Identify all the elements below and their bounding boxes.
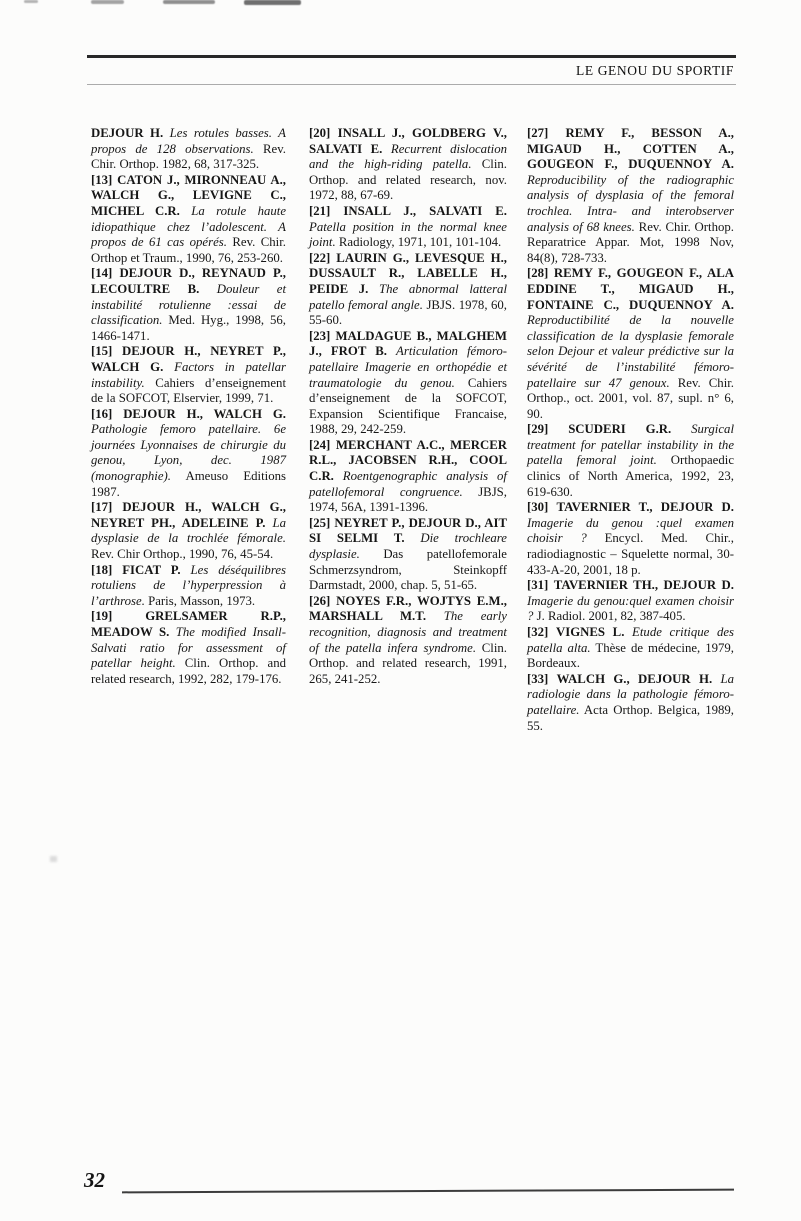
reference-item: [21] INSALL J., SALVATI E. Patella posit… [309,204,507,251]
reference-authors: INSALL J., SALVATI E. [343,204,507,218]
reference-item: [31] TAVERNIER TH., DEJOUR D. Imagerie d… [527,578,734,625]
reference-authors: WALCH G., DEJOUR H. [557,672,712,686]
reference-item: [18] FICAT P. Les déséquilibres rotulien… [91,563,286,610]
reference-item: [23] MALDAGUE B., MALGHEM J., FROT B. Ar… [309,329,507,438]
reference-source: J. Radiol. 2001, 82, 387-405. [537,609,686,623]
reference-number: [28] [527,266,548,280]
reference-item: [26] NOYES F.R., WOJTYS E.M., MARSHALL M… [309,594,507,688]
footer-rule [122,1189,734,1194]
reference-item: [22] LAURIN G., LEVESQUE H., DUSSAULT R.… [309,251,507,329]
page-number: 32 [84,1168,105,1193]
reference-source: Paris, Masson, 1973. [148,594,255,608]
reference-number: [23] [309,329,330,343]
reference-number: [30] [527,500,548,514]
reference-number: [13] [91,173,112,187]
scanned-document-page: LE GENOU DU SPORTIF DEJOUR H. Les rotule… [0,0,801,1221]
reference-authors: DEJOUR H. [91,126,163,140]
scan-artifact [244,0,301,5]
page-header: LE GENOU DU SPORTIF [87,55,736,85]
reference-number: [18] [91,563,112,577]
reference-number: [22] [309,251,330,265]
reference-item: [29] SCUDERI G.R. Surgical treatment for… [527,422,734,500]
reference-item: [14] DEJOUR D., REYNAUD P., LECOULTRE B.… [91,266,286,344]
reference-item: [24] MERCHANT A.C., MERCER R.L., JACOBSE… [309,438,507,516]
reference-number: [20] [309,126,330,140]
reference-item: DEJOUR H. Les rotules basses. A propos d… [91,126,286,173]
reference-authors: REMY F., GOUGEON F., ALA EDDINE T., MIGA… [527,266,734,311]
reference-item: [33] WALCH G., DEJOUR H. La radiologie d… [527,672,734,734]
scan-artifact [24,0,38,3]
reference-number: [19] [91,609,112,623]
reference-number: [27] [527,126,548,140]
reference-number: [29] [527,422,548,436]
reference-number: [25] [309,516,330,530]
reference-number: [33] [527,672,548,686]
scan-artifact [91,0,124,4]
reference-number: [26] [309,594,330,608]
reference-authors: TAVERNIER TH., DEJOUR D. [554,578,734,592]
reference-authors: DEJOUR H., WALCH G. [123,407,286,421]
page-header-title: LE GENOU DU SPORTIF [87,58,736,84]
reference-authors: TAVERNIER T., DEJOUR D. [557,500,735,514]
header-rule-thin [87,84,736,85]
reference-item: [17] DEJOUR H., WALCH G., NEYRET PH., AD… [91,500,286,562]
reference-item: [13] CATON J., MIRONNEAU A., WALCH G., L… [91,173,286,267]
references-column-1: DEJOUR H. Les rotules basses. A propos d… [91,126,286,687]
reference-number: [17] [91,500,112,514]
reference-item: [28] REMY F., GOUGEON F., ALA EDDINE T.,… [527,266,734,422]
scan-artifact [50,856,57,862]
reference-item: [27] REMY F., BESSON A., MIGAUD H., COTT… [527,126,734,266]
reference-item: [30] TAVERNIER T., DEJOUR D. Imagerie du… [527,500,734,578]
reference-source: Rev. Chir Orthop., 1990, 76, 45-54. [91,547,273,561]
reference-number: [14] [91,266,112,280]
reference-authors: REMY F., BESSON A., MIGAUD H., COTTEN A.… [527,126,734,171]
reference-item: [20] INSALL J., GOLDBERG V., SALVATI E. … [309,126,507,204]
reference-number: [32] [527,625,548,639]
reference-authors: SCUDERI G.R. [568,422,671,436]
reference-number: [15] [91,344,112,358]
reference-item: [25] NEYRET P., DEJOUR D., AIT SI SELMI … [309,516,507,594]
references-column-3: [27] REMY F., BESSON A., MIGAUD H., COTT… [527,126,734,734]
reference-item: [19] GRELSAMER R.P., MEADOW S. The modif… [91,609,286,687]
reference-number: [24] [309,438,330,452]
reference-authors: DEJOUR H., WALCH G., NEYRET PH., ADELEIN… [91,500,286,530]
reference-item: [32] VIGNES L. Etude critique des patell… [527,625,734,672]
reference-item: [15] DEJOUR H., NEYRET P., WALCH G. Fact… [91,344,286,406]
references-column-2: [20] INSALL J., GOLDBERG V., SALVATI E. … [309,126,507,687]
reference-item: [16] DEJOUR H., WALCH G. Pathologie femo… [91,407,286,501]
reference-source: Radiology, 1971, 101, 101-104. [339,235,501,249]
reference-authors: FICAT P. [122,563,180,577]
reference-number: [31] [527,578,548,592]
reference-number: [21] [309,204,330,218]
reference-authors: VIGNES L. [556,625,624,639]
scan-artifact [163,0,215,4]
reference-number: [16] [91,407,112,421]
